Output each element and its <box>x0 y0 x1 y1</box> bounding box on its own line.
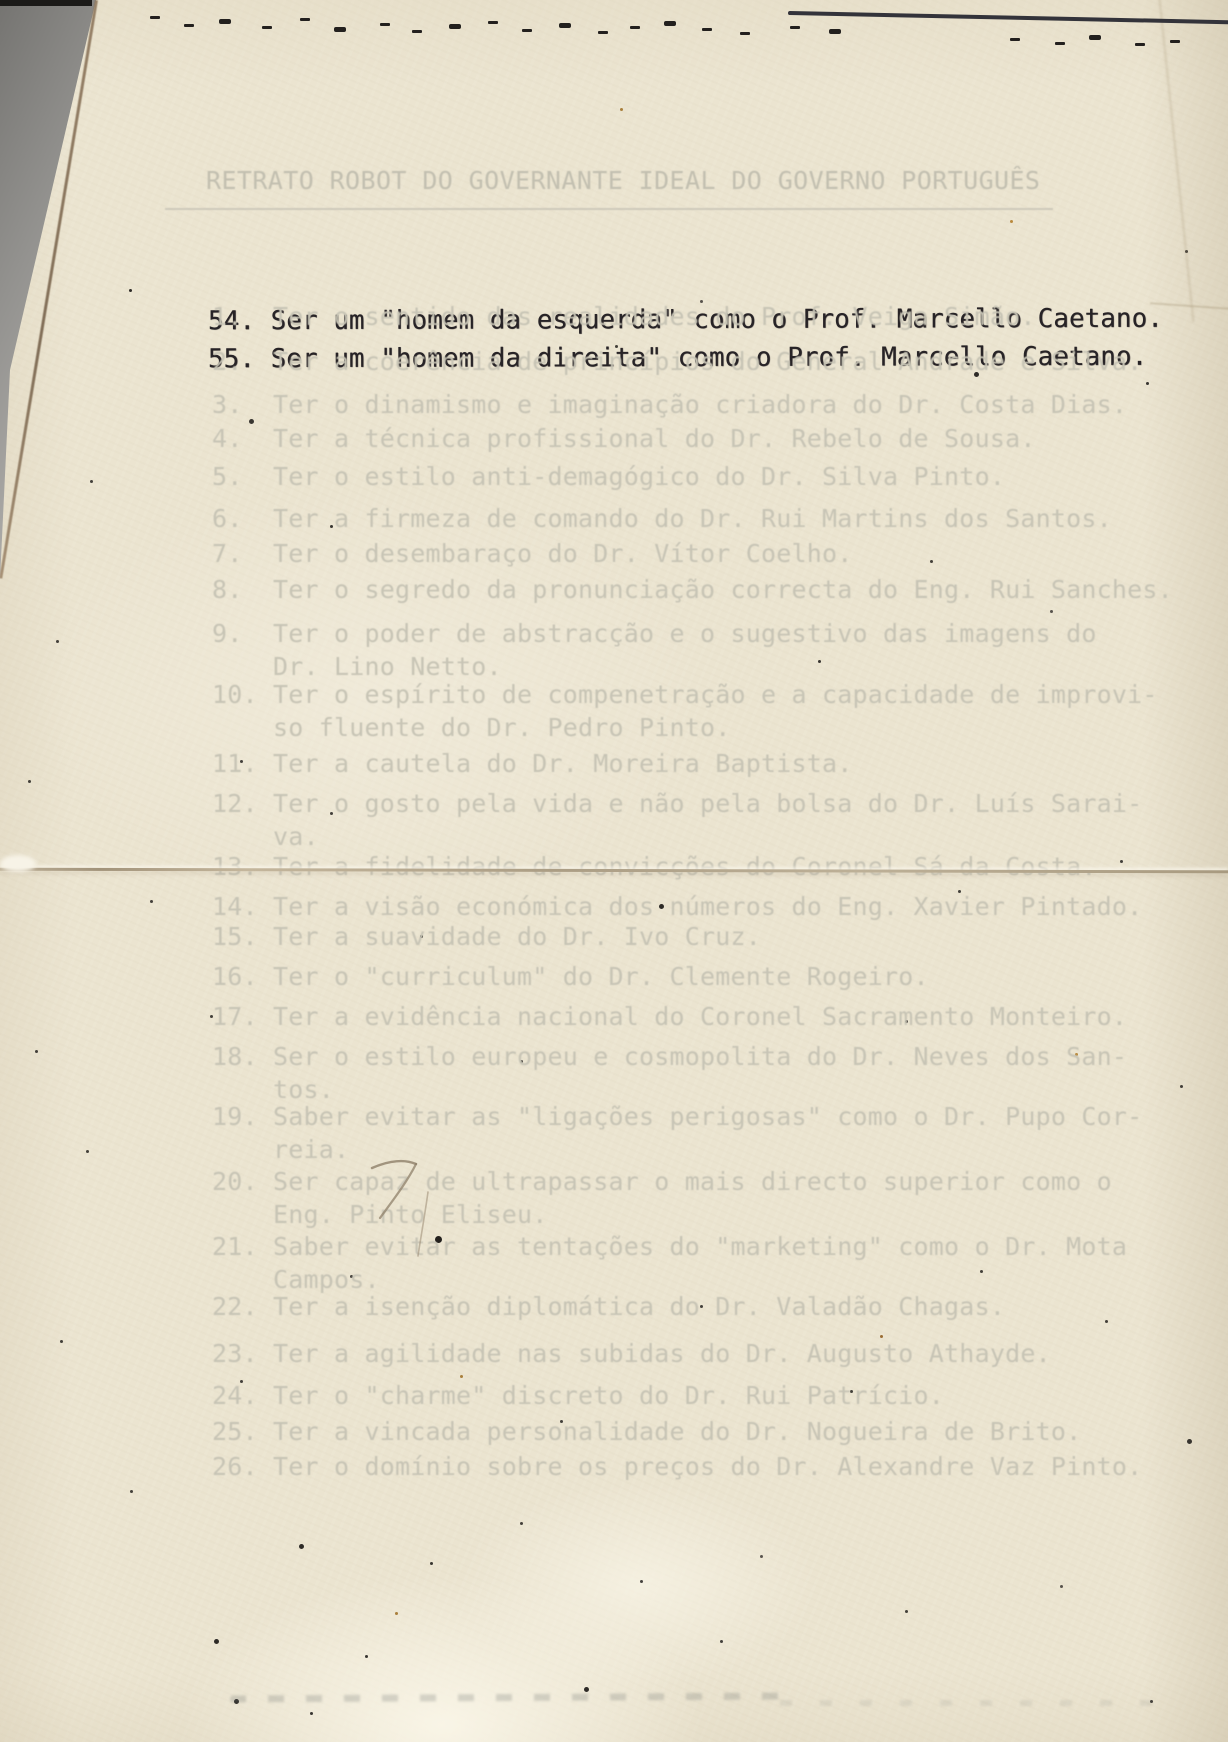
ghost-list-item: 2. Ter a coerência de princípios do Gene… <box>212 345 1142 378</box>
ghost-list-item: 12. Ter o gosto pela vida e não pela bol… <box>212 787 1142 853</box>
ghost-list-item: 23. Ter a agilidade nas subidas do Dr. A… <box>212 1337 1051 1370</box>
ghost-list-item: 17. Ter a evidência nacional do Coronel … <box>212 1000 1127 1033</box>
title-underline <box>165 208 1053 210</box>
ghost-list-item: 7. Ter o desembaraço do Dr. Vítor Coelho… <box>212 537 853 570</box>
ghost-document-title: RETRATO ROBOT DO GOVERNANTE IDEAL DO GOV… <box>206 166 1040 195</box>
top-ink-speck-trail <box>150 16 160 19</box>
ghost-list-item: 10. Ter o espírito de compenetração e a … <box>212 678 1158 744</box>
ghost-list-item: 4. Ter a técnica profissional do Dr. Reb… <box>212 422 1036 455</box>
scanner-background-corner <box>0 0 130 600</box>
right-edge-vertical-crease <box>1158 0 1194 322</box>
ghost-list-item: 1. Ter o sentido das realidades do Prof.… <box>212 300 1036 333</box>
ghost-list-item: 15. Ter a suavidade do Dr. Ivo Cruz. <box>212 920 761 953</box>
bottom-smudge-trail <box>230 1693 790 1703</box>
ghost-list-item: 14. Ter a visão económica dos números do… <box>212 890 1142 923</box>
ghost-list-item: 22. Ter a isenção diplomática do Dr. Val… <box>212 1290 1005 1323</box>
ghost-list-item: 6. Ter a firmeza de comando do Dr. Rui M… <box>212 502 1112 535</box>
bottom-smudge-trail-right <box>780 1700 1170 1706</box>
ghost-list-item: 18. Ser o estilo europeu e cosmopolita d… <box>212 1040 1127 1106</box>
pen-scribble-mark <box>368 1152 448 1262</box>
fold-crease-left-notch <box>0 855 36 872</box>
ghost-list-item: 26. Ter o domínio sobre os preços do Dr.… <box>212 1450 1142 1483</box>
ghost-list-item: 13. Ter a fidelidade de convicções do Co… <box>212 850 1097 883</box>
top-edge-dark-bar <box>0 0 92 6</box>
ghost-list-item: 16. Ter o "curriculum" do Dr. Clemente R… <box>212 960 929 993</box>
scanned-document-page: { "document": { "language": "pt", "title… <box>0 0 1228 1742</box>
ghost-list-item: 9. Ter o poder de abstracção e o sugesti… <box>212 617 1097 683</box>
ghost-list-item: 3. Ter o dinamismo e imaginação criadora… <box>212 388 1127 421</box>
ghost-list-item: 11. Ter a cautela do Dr. Moreira Baptist… <box>212 747 853 780</box>
ghost-list-item: 8. Ter o segredo da pronunciação correct… <box>212 573 1173 606</box>
ghost-list-item: 20. Ser capaz de ultrapassar o mais dire… <box>212 1165 1112 1231</box>
ghost-list-item: 21. Saber evitar as tentações do "market… <box>212 1230 1127 1296</box>
ghost-list-item: 5. Ter o estilo anti-demagógico do Dr. S… <box>212 460 1005 493</box>
ghost-list-item: 25. Ter a vincada personalidade do Dr. N… <box>212 1415 1081 1448</box>
ghost-list-item: 19. Saber evitar as "ligações perigosas"… <box>212 1100 1142 1166</box>
ghost-list-item: 24. Ter o "charme" discreto do Dr. Rui P… <box>212 1379 944 1412</box>
